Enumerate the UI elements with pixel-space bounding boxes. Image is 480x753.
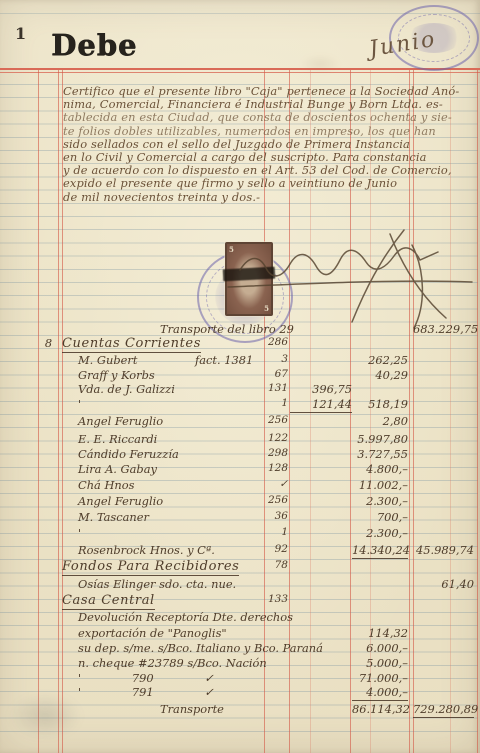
entry-total: 729.280,89: [413, 702, 474, 718]
entry-amount: 2,80: [352, 414, 408, 428]
entry-folio: 256: [261, 494, 288, 506]
entry-description-text: ' 791 ✓: [78, 685, 214, 700]
entry-description-text: Chá Hnos: [78, 478, 134, 493]
ledger-row: ' 791 ✓ 4.000,–: [0, 685, 480, 700]
entry-description-text: n. cheque #23789 s/Bco. Nación: [78, 656, 267, 671]
entry-description-text: Graff y Korbs: [78, 368, 155, 383]
paper-stain: [300, 55, 340, 73]
ledger-row: Fondos Para Recibidores 78: [0, 559, 480, 574]
entry-amount: 14.340,24: [352, 543, 408, 559]
entry-amount: 5.997,80: [352, 432, 408, 446]
entry-description-text: Cuentas Corrientes: [62, 336, 201, 353]
entry-folio: 133: [261, 593, 288, 605]
entry-amount: 6.000,–: [352, 641, 408, 655]
month-annotation: Junio: [367, 27, 438, 62]
entry-amount: 4.000,–: [352, 685, 408, 701]
entry-amount: 11.002,–: [352, 478, 408, 492]
entry-description-text: Vda. de J. Galizzi: [78, 382, 175, 397]
entry-description-text: Casa Central: [62, 593, 155, 610]
cert-line: expido el presente que firmo y sello a v…: [63, 177, 471, 190]
revenue-stamp: 5 5: [225, 242, 273, 316]
entry-folio: 131: [261, 382, 288, 394]
entry-description-text: Devolución Receptoría Dte. derechos: [78, 610, 293, 625]
ledger-row: Rosenbrock Hnos. y Cª. 92 14.340,24 45.9…: [0, 543, 480, 558]
entry-description-text: E. E. Riccardi: [78, 432, 157, 447]
ledger-row: M. Tascaner 36 700,–: [0, 510, 480, 525]
ledger-row: E. E. Riccardi 122 5.997,80: [0, 432, 480, 447]
entry-amount: 700,–: [352, 510, 408, 524]
entry-amount: 86.114,32: [352, 702, 408, 716]
entry-description-text: ' 790 ✓: [78, 671, 214, 686]
stamp-overprint: [223, 267, 276, 282]
entry-description-text: Rosenbrock Hnos. y Cª.: [78, 543, 215, 558]
entry-amount: 71.000,–: [352, 671, 408, 685]
entry-partial-amount: 121,44: [290, 397, 352, 413]
entry-amount: 40,29: [352, 368, 408, 382]
entry-description-text: Fondos Para Recibidores: [62, 559, 239, 576]
entry-folio: 92: [261, 543, 288, 555]
entry-folio: 122: [261, 432, 288, 444]
entry-partial-amount: 396,75: [290, 382, 352, 396]
ledger-page: 1 Debe Junio Certifico que el presente l…: [0, 0, 480, 753]
ledger-row: exportación de "Panoglis" 114,32: [0, 626, 480, 641]
ledger-row: 8 Cuentas Corrientes 286: [0, 336, 480, 351]
entry-folio: 256: [261, 414, 288, 426]
ledger-row: Angel Feruglio 256 2.300,–: [0, 494, 480, 509]
ledger-row: Devolución Receptoría Dte. derechos: [0, 610, 480, 625]
entry-description-text: M. Gubert: [78, 353, 137, 368]
ledger-row: Graff y Korbs 67 40,29: [0, 368, 480, 383]
entry-description-text: Angel Feruglio: [78, 414, 163, 429]
page-title: Debe: [51, 28, 137, 62]
ledger-entries: Transporte del libro 29 683.229,75 8 Cue…: [0, 316, 480, 753]
entry-amount: 262,25: [352, 353, 408, 367]
ledger-row: ' 1 2.300,–: [0, 526, 480, 541]
ledger-row: Transporte del libro 29 683.229,75: [0, 322, 480, 337]
entry-amount: 5.000,–: [352, 656, 408, 670]
entry-description-text: Cándido Feruzzía: [78, 447, 179, 462]
entry-description-text: Lira A. Gabay: [78, 462, 157, 477]
ledger-row: Angel Feruglio 256 2,80: [0, 414, 480, 429]
entry-description-text: Transporte: [160, 702, 224, 717]
stamp-denomination: 5: [229, 245, 234, 254]
entry-total: 683.229,75: [413, 322, 474, 336]
entry-folio: 286: [261, 336, 288, 348]
ledger-row: su dep. s/me. s/Bco. Italiano y Bco. Par…: [0, 641, 480, 656]
entry-description-text: su dep. s/me. s/Bco. Italiano y Bco. Par…: [78, 641, 323, 656]
entry-folio: 1: [261, 397, 288, 409]
ledger-row: ' 1 121,44 518,19: [0, 397, 480, 412]
top-rule-line: [0, 13, 480, 14]
entry-total: 45.989,74: [413, 543, 474, 557]
cert-line: de mil novecientos treinta y dos.-: [63, 191, 471, 204]
header-rule-red: [0, 68, 480, 70]
header-rule-red-2: [0, 72, 480, 73]
entry-amount: 114,32: [352, 626, 408, 640]
ledger-row: Casa Central 133: [0, 593, 480, 608]
entry-day: 8: [40, 336, 57, 350]
entry-folio: ✓: [261, 478, 288, 490]
ledger-row: Cándido Feruzzía 298 3.727,55: [0, 447, 480, 462]
entry-folio: 67: [261, 368, 288, 380]
entry-folio: 78: [261, 559, 288, 571]
entry-total: 61,40: [413, 577, 474, 591]
paper-stain: [8, 693, 82, 739]
entry-folio: 1: [261, 526, 288, 538]
entry-description-text: Osías Elinger sdo. cta. nue.: [78, 577, 236, 592]
certification-text: Certifico que el presente libro "Caja" p…: [63, 85, 471, 204]
ledger-row: Osías Elinger sdo. cta. nue. 61,40: [0, 577, 480, 592]
entry-amount: 4.800,–: [352, 462, 408, 476]
entry-amount: 3.727,55: [352, 447, 408, 461]
entry-note: fact. 1381: [195, 353, 253, 367]
cert-line: te folios dobles utilizables, numerados …: [63, 125, 471, 138]
ledger-row: Vda. de J. Galizzi 131 396,75: [0, 382, 480, 397]
cert-line: tablecida en esta Ciudad, que consta de …: [63, 111, 471, 124]
ledger-row: M. Gubertfact. 1381 3 262,25: [0, 353, 480, 368]
entry-folio: 128: [261, 462, 288, 474]
ledger-row: n. cheque #23789 s/Bco. Nación 5.000,–: [0, 656, 480, 671]
entry-description-text: ': [78, 526, 81, 541]
entry-description-text: ': [78, 397, 81, 412]
entry-folio: 36: [261, 510, 288, 522]
entry-description-text: exportación de "Panoglis": [78, 626, 227, 641]
entry-description-text: Angel Feruglio: [78, 494, 163, 509]
stamp-denomination: 5: [264, 304, 269, 313]
ledger-row: Chá Hnos ✓ 11.002,–: [0, 478, 480, 493]
entry-folio: 298: [261, 447, 288, 459]
entry-amount: 518,19: [352, 397, 408, 411]
entry-folio: 3: [261, 353, 288, 365]
ledger-row: ' 790 ✓ 71.000,–: [0, 671, 480, 686]
page-number: 1: [15, 24, 26, 43]
entry-amount: 2.300,–: [352, 526, 408, 540]
ledger-row: Lira A. Gabay 128 4.800,–: [0, 462, 480, 477]
entry-description-text: M. Tascaner: [78, 510, 149, 525]
entry-description-text: Transporte del libro 29: [160, 322, 294, 337]
entry-amount: 2.300,–: [352, 494, 408, 508]
